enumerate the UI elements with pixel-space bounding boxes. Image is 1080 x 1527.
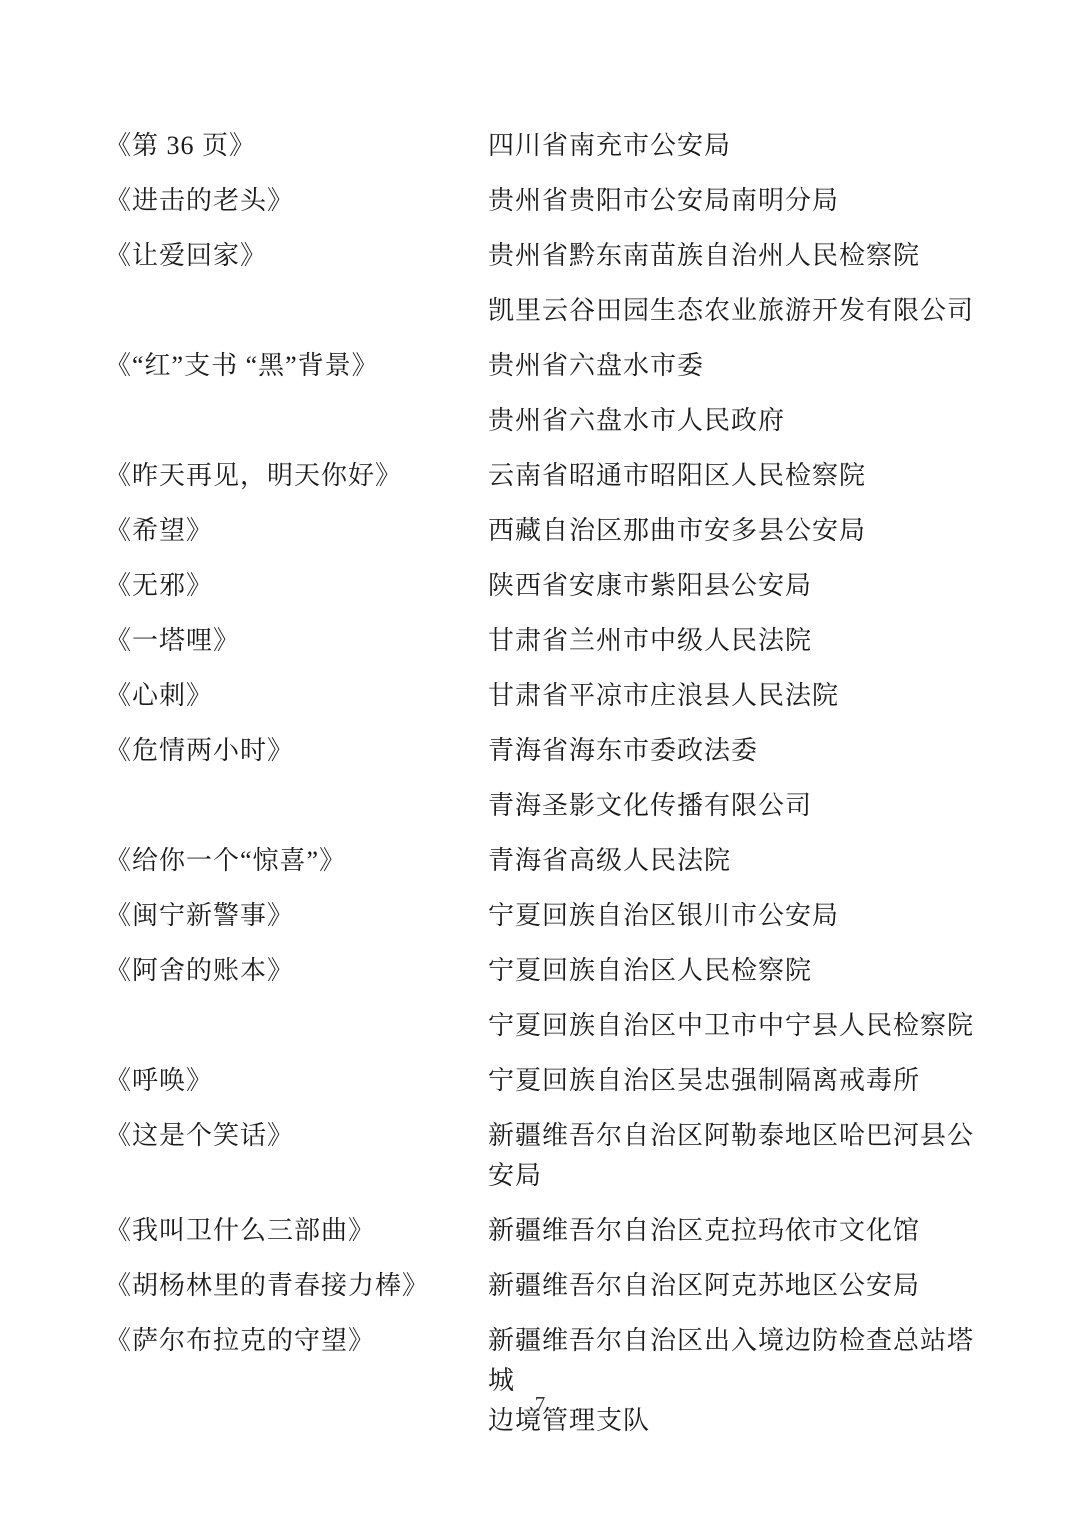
work-title: 《“红”支书 “黑”背景》 [105, 346, 488, 386]
org-name-line: 青海省高级人民法院 [488, 841, 993, 881]
org-name-line: 新疆维吾尔自治区阿勒泰地区哈巴河县公安局 [488, 1116, 993, 1196]
work-title: 《阿舍的账本》 [105, 951, 488, 991]
entry-row: 《胡杨林里的青春接力棒》 新疆维吾尔自治区阿克苏地区公安局 [105, 1266, 995, 1321]
org-list: 四川省南充市公安局 [488, 126, 993, 181]
org-name-line: 青海圣影文化传播有限公司 [488, 786, 993, 826]
org-name: 青海省海东市委政法委 [488, 731, 993, 771]
org-name-line: 宁夏回族自治区人民检察院 [488, 951, 993, 991]
org-name: 贵州省六盘水市人民政府 [488, 401, 993, 441]
work-title: 《第 36 页》 [105, 126, 488, 166]
work-title: 《一塔哩》 [105, 621, 488, 661]
entry-row: 《让爱回家》 贵州省黔东南苗族自治州人民检察院凯里云谷田园生态农业旅游开发有限公… [105, 236, 995, 346]
org-name: 宁夏回族自治区人民检察院 [488, 951, 993, 991]
org-list: 青海省高级人民法院 [488, 841, 993, 896]
org-name: 青海省高级人民法院 [488, 841, 993, 881]
org-name: 新疆维吾尔自治区阿勒泰地区哈巴河县公安局 [488, 1116, 993, 1196]
entry-row: 《阿舍的账本》 宁夏回族自治区人民检察院宁夏回族自治区中卫市中宁县人民检察院 [105, 951, 995, 1061]
entry-row: 《第 36 页》 四川省南充市公安局 [105, 126, 995, 181]
page-number: 7 [0, 1390, 1080, 1418]
entry-row: 《昨天再见，明天你好》 云南省昭通市昭阳区人民检察院 [105, 456, 995, 511]
org-list: 青海省海东市委政法委青海圣影文化传播有限公司 [488, 731, 993, 841]
work-title: 《萨尔布拉克的守望》 [105, 1321, 488, 1361]
entry-row: 《闽宁新警事》 宁夏回族自治区银川市公安局 [105, 896, 995, 951]
work-title: 《给你一个“惊喜”》 [105, 841, 488, 881]
org-name: 宁夏回族自治区银川市公安局 [488, 896, 993, 936]
work-title: 《希望》 [105, 511, 488, 551]
org-list: 贵州省黔东南苗族自治州人民检察院凯里云谷田园生态农业旅游开发有限公司 [488, 236, 993, 346]
org-list: 云南省昭通市昭阳区人民检察院 [488, 456, 993, 511]
entry-row: 《危情两小时》 青海省海东市委政法委青海圣影文化传播有限公司 [105, 731, 995, 841]
org-name: 贵州省贵阳市公安局南明分局 [488, 181, 993, 221]
work-title: 《这是个笑话》 [105, 1116, 488, 1156]
org-list: 新疆维吾尔自治区克拉玛依市文化馆 [488, 1211, 993, 1266]
org-list: 宁夏回族自治区银川市公安局 [488, 896, 993, 951]
entry-row: 《无邪》 陕西省安康市紫阳县公安局 [105, 566, 995, 621]
org-name-line: 甘肃省兰州市中级人民法院 [488, 621, 993, 661]
entry-row: 《给你一个“惊喜”》 青海省高级人民法院 [105, 841, 995, 896]
org-name: 西藏自治区那曲市安多县公安局 [488, 511, 993, 551]
entry-row: 《我叫卫什么三部曲》 新疆维吾尔自治区克拉玛依市文化馆 [105, 1211, 995, 1266]
entry-row: 《一塔哩》 甘肃省兰州市中级人民法院 [105, 621, 995, 676]
work-title: 《危情两小时》 [105, 731, 488, 771]
entry-row: 《这是个笑话》 新疆维吾尔自治区阿勒泰地区哈巴河县公安局 [105, 1116, 995, 1211]
work-title: 《昨天再见，明天你好》 [105, 456, 488, 496]
org-name-line: 云南省昭通市昭阳区人民检察院 [488, 456, 993, 496]
org-list: 新疆维吾尔自治区阿勒泰地区哈巴河县公安局 [488, 1116, 993, 1211]
org-name: 青海圣影文化传播有限公司 [488, 786, 993, 826]
org-list: 新疆维吾尔自治区阿克苏地区公安局 [488, 1266, 993, 1321]
org-name: 宁夏回族自治区吴忠强制隔离戒毒所 [488, 1061, 993, 1101]
work-title: 《无邪》 [105, 566, 488, 606]
org-name-line: 贵州省贵阳市公安局南明分局 [488, 181, 993, 221]
org-name: 新疆维吾尔自治区阿克苏地区公安局 [488, 1266, 993, 1306]
org-name-line: 青海省海东市委政法委 [488, 731, 993, 771]
org-list: 陕西省安康市紫阳县公安局 [488, 566, 993, 621]
work-title: 《呼唤》 [105, 1061, 488, 1101]
org-name-line: 四川省南充市公安局 [488, 126, 993, 166]
org-list: 贵州省贵阳市公安局南明分局 [488, 181, 993, 236]
entries-list: 《第 36 页》 四川省南充市公安局 《进击的老头》 贵州省贵阳市公安局南明分局… [105, 126, 995, 1456]
org-name: 宁夏回族自治区中卫市中宁县人民检察院 [488, 1006, 993, 1046]
work-title: 《让爱回家》 [105, 236, 488, 276]
org-name-line: 陕西省安康市紫阳县公安局 [488, 566, 993, 606]
org-name: 贵州省六盘水市委 [488, 346, 993, 386]
org-list: 宁夏回族自治区吴忠强制隔离戒毒所 [488, 1061, 993, 1116]
org-list: 甘肃省平凉市庄浪县人民法院 [488, 676, 993, 731]
work-title: 《心刺》 [105, 676, 488, 716]
org-name: 甘肃省兰州市中级人民法院 [488, 621, 993, 661]
entry-row: 《“红”支书 “黑”背景》 贵州省六盘水市委贵州省六盘水市人民政府 [105, 346, 995, 456]
entry-row: 《萨尔布拉克的守望》 新疆维吾尔自治区出入境边防检查总站塔城边境管理支队 [105, 1321, 995, 1456]
org-name: 贵州省黔东南苗族自治州人民检察院 [488, 236, 993, 276]
org-name-line: 新疆维吾尔自治区阿克苏地区公安局 [488, 1266, 993, 1306]
org-name-line: 西藏自治区那曲市安多县公安局 [488, 511, 993, 551]
org-list: 甘肃省兰州市中级人民法院 [488, 621, 993, 676]
org-name: 陕西省安康市紫阳县公安局 [488, 566, 993, 606]
document-page: 《第 36 页》 四川省南充市公安局 《进击的老头》 贵州省贵阳市公安局南明分局… [0, 0, 1080, 1527]
org-name: 新疆维吾尔自治区克拉玛依市文化馆 [488, 1211, 993, 1251]
org-name: 甘肃省平凉市庄浪县人民法院 [488, 676, 993, 716]
org-name-line: 宁夏回族自治区银川市公安局 [488, 896, 993, 936]
work-title: 《胡杨林里的青春接力棒》 [105, 1266, 488, 1306]
org-name-line: 贵州省黔东南苗族自治州人民检察院 [488, 236, 993, 276]
org-list: 贵州省六盘水市委贵州省六盘水市人民政府 [488, 346, 993, 456]
org-name-line: 新疆维吾尔自治区克拉玛依市文化馆 [488, 1211, 993, 1251]
org-name-line: 宁夏回族自治区吴忠强制隔离戒毒所 [488, 1061, 993, 1101]
org-name: 凯里云谷田园生态农业旅游开发有限公司 [488, 291, 993, 331]
org-name-line: 宁夏回族自治区中卫市中宁县人民检察院 [488, 1006, 993, 1046]
work-title: 《闽宁新警事》 [105, 896, 488, 936]
org-name-line: 甘肃省平凉市庄浪县人民法院 [488, 676, 993, 716]
org-name-line: 贵州省六盘水市委 [488, 346, 993, 386]
org-list: 新疆维吾尔自治区出入境边防检查总站塔城边境管理支队 [488, 1321, 993, 1456]
entry-row: 《希望》 西藏自治区那曲市安多县公安局 [105, 511, 995, 566]
org-name: 云南省昭通市昭阳区人民检察院 [488, 456, 993, 496]
org-name-line: 新疆维吾尔自治区出入境边防检查总站塔城 [488, 1321, 993, 1401]
org-name-line: 凯里云谷田园生态农业旅游开发有限公司 [488, 291, 993, 331]
entry-row: 《进击的老头》 贵州省贵阳市公安局南明分局 [105, 181, 995, 236]
entry-row: 《呼唤》 宁夏回族自治区吴忠强制隔离戒毒所 [105, 1061, 995, 1116]
org-name-line: 贵州省六盘水市人民政府 [488, 401, 993, 441]
org-name: 新疆维吾尔自治区出入境边防检查总站塔城边境管理支队 [488, 1321, 993, 1441]
org-name: 四川省南充市公安局 [488, 126, 993, 166]
org-list: 宁夏回族自治区人民检察院宁夏回族自治区中卫市中宁县人民检察院 [488, 951, 993, 1061]
entry-row: 《心刺》 甘肃省平凉市庄浪县人民法院 [105, 676, 995, 731]
work-title: 《我叫卫什么三部曲》 [105, 1211, 488, 1251]
org-list: 西藏自治区那曲市安多县公安局 [488, 511, 993, 566]
work-title: 《进击的老头》 [105, 181, 488, 221]
